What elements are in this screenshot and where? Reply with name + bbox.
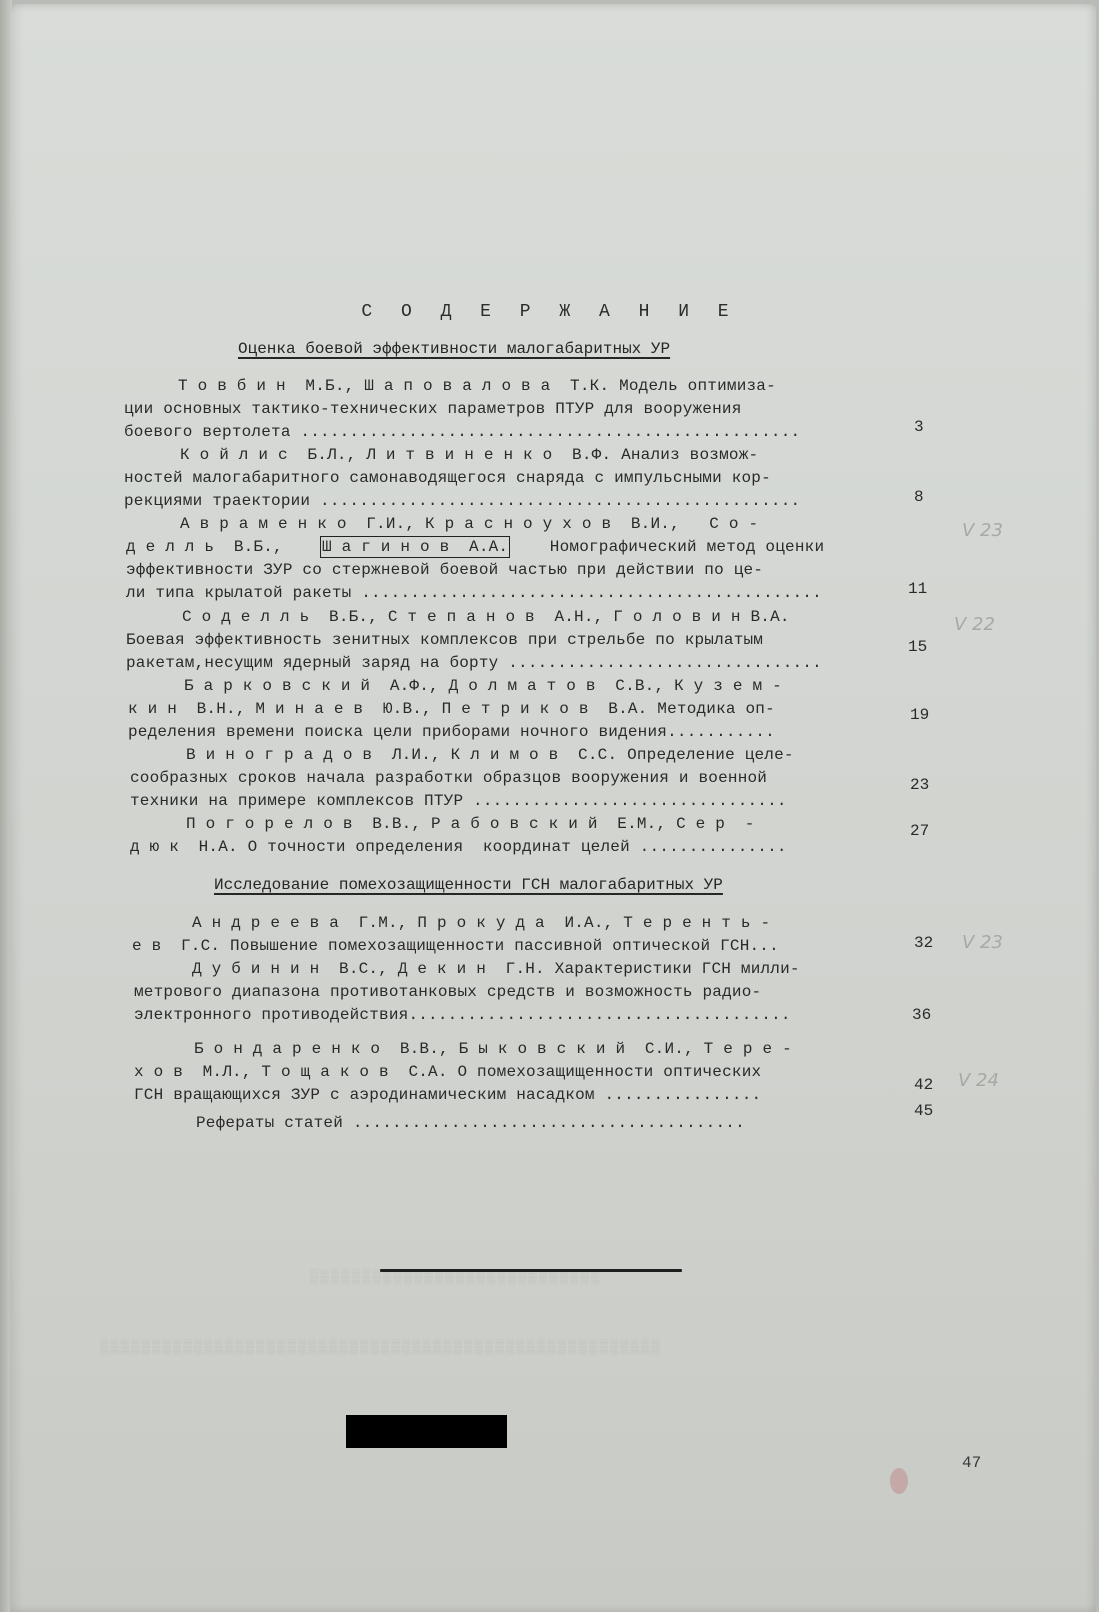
toc-entry-line: А н д р е е в а Г.М., П р о к у д а И.А.… [192, 914, 770, 932]
toc-entry-line: Рефераты статей ........................… [196, 1114, 745, 1132]
section-heading: Исследование помехозащищенности ГСН мало… [214, 876, 723, 894]
toc-entry-line: д ю к Н.А. О точности определения коорди… [130, 838, 787, 856]
toc-entry-line: к и н В.Н., М и н а е в Ю.В., П е т р и … [128, 700, 775, 718]
toc-entry-line: Б о н д а р е н к о В.В., Б ы к о в с к … [194, 1040, 792, 1058]
page-ref: 42 [914, 1076, 933, 1094]
page-ref: 19 [910, 706, 929, 724]
pencil-checkmark: V 23 [962, 932, 1003, 953]
toc-entry-line: эффективности ЗУР со стержневой боевой ч… [126, 561, 763, 579]
toc-entry-line: ции основных тактико-технических парамет… [124, 400, 742, 418]
highlighted-author: Ш а г и н о в А.А. [322, 538, 508, 556]
toc-entry-line: С о д е л л ь В.Б., С т е п а н о в А.Н.… [182, 608, 790, 626]
toc-entry-line: электронного противодействия............… [134, 1006, 791, 1024]
toc-entry-line: Б а р к о в с к и й А.Ф., Д о л м а т о … [184, 677, 782, 695]
toc-entry-line: Т о в б и н М.Б., Ш а п о в а л о в а Т.… [178, 377, 776, 395]
toc-entry-line: техники на примере комплексов ПТУР .....… [130, 792, 787, 810]
page-ref: 32 [914, 934, 933, 952]
toc-entry-line: П о г о р е л о в В.В., Р а б о в с к и … [186, 815, 755, 833]
page-ref: 23 [910, 776, 929, 794]
toc-entry-line: рекциями траектории ....................… [124, 492, 800, 510]
pencil-checkmark: V 22 [954, 614, 995, 635]
toc-entry-line: Д у б и н и н В.С., Д е к и н Г.Н. Харак… [192, 960, 800, 978]
toc-entry-line: е в Г.С. Повышение помехозащищенности па… [132, 937, 779, 955]
toc-entry-line: сообразных сроков начала разработки обра… [130, 769, 767, 787]
toc-entry-line: д е л л ь В.Б., [126, 538, 283, 556]
toc-entry-line: ракетам,несущим ядерный заряд на борту .… [126, 654, 822, 672]
page-ref: 27 [910, 822, 929, 840]
bleed-through-text: ▒▒▒▒▒▒▒▒▒▒▒▒▒▒▒▒▒▒▒▒▒▒▒▒▒▒▒▒ [310, 1270, 601, 1286]
toc-entry-line: боевого вертолета ......................… [124, 423, 800, 441]
page-number: 47 [962, 1454, 981, 1472]
pencil-checkmark: V 24 [958, 1070, 999, 1091]
toc-entry-line: ГСН вращающихся ЗУР с аэродинамическим н… [134, 1086, 761, 1104]
end-rule [380, 1269, 682, 1272]
page-title: С О Д Е Р Ж А Н И Е [0, 302, 1099, 322]
toc-entry-line: ли типа крылатой ракеты ................… [126, 584, 822, 602]
toc-entry-line: А в р а м е н к о Г.И., К р а с н о у х … [180, 515, 758, 533]
toc-entry-line: Боевая эффективность зенитных комплексов… [126, 631, 763, 649]
page-ref: 8 [914, 488, 924, 506]
page-ref: 45 [914, 1102, 933, 1120]
toc-entry-line: х о в М.Л., Т о щ а к о в С.А. О помехоз… [134, 1063, 761, 1081]
bleed-through-text: ▒▒▒▒▒▒▒▒▒▒▒▒▒▒▒▒▒▒▒▒▒▒▒▒▒▒▒▒▒▒▒▒▒▒▒▒▒▒▒▒… [100, 1340, 662, 1356]
toc-entry-line: ностей малогабаритного самонаводящегося … [124, 469, 771, 487]
redaction-bar [346, 1415, 507, 1448]
toc-entry-line: Номографический метод оценки [540, 538, 824, 556]
toc-entry-line: К о й л и с Б.Л., Л и т в и н е н к о В.… [180, 446, 758, 464]
ink-stain [890, 1468, 908, 1494]
page-ref: 36 [912, 1006, 931, 1024]
pencil-checkmark: V 23 [962, 520, 1003, 541]
page-ref: 15 [908, 638, 927, 656]
toc-entry-line: метрового диапазона противотанковых сред… [134, 983, 761, 1001]
toc-entry-line: ределения времени поиска цели приборами … [128, 723, 775, 741]
page-ref: 11 [908, 580, 927, 598]
page-ref: 3 [914, 418, 924, 436]
section-heading: Оценка боевой эффективности малогабаритн… [238, 340, 670, 358]
toc-entry-line: В и н о г р а д о в Л.И., К л и м о в С.… [186, 746, 794, 764]
